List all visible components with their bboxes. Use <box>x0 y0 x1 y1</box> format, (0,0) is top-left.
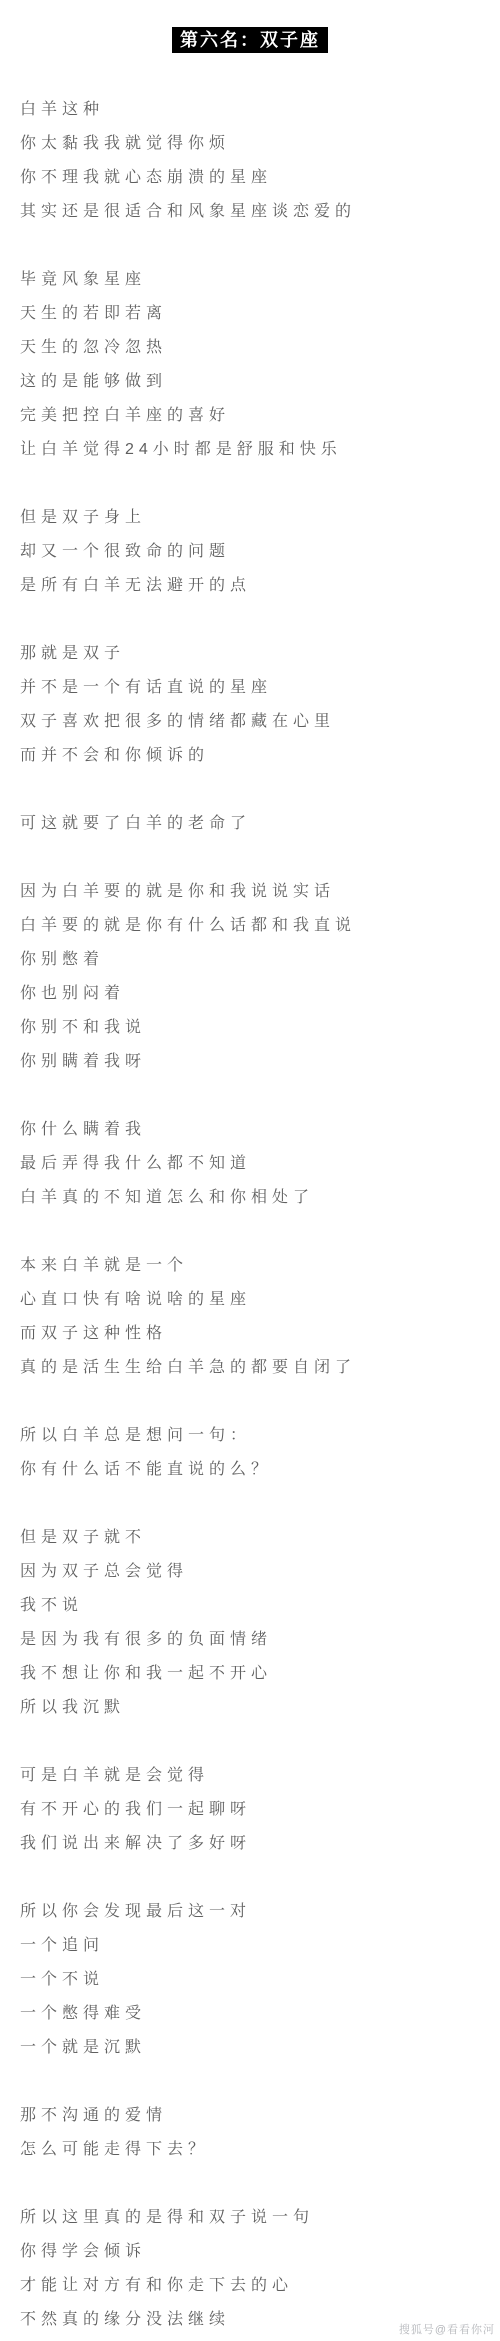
text-line: 白羊这种 <box>20 93 490 127</box>
text-line: 并不是一个有话直说的星座 <box>20 671 490 705</box>
text-line: 一个追问 <box>20 1929 490 1963</box>
paragraph: 因为白羊要的就是你和我说说实话白羊要的就是你有什么话都和我直说你别憋着你也别闷着… <box>20 875 490 1079</box>
text-line: 所以我沉默 <box>20 1691 490 1725</box>
text-line: 你得学会倾诉 <box>20 2235 490 2269</box>
text-line: 双子喜欢把很多的情绪都藏在心里 <box>20 705 490 739</box>
text-line: 那不沟通的爱情 <box>20 2099 490 2133</box>
paragraph: 可是白羊就是会觉得有不开心的我们一起聊呀我们说出来解决了多好呀 <box>20 1759 490 1861</box>
text-line: 但是双子就不 <box>20 1521 490 1555</box>
text-line: 却又一个很致命的问题 <box>20 535 490 569</box>
text-line: 你也别闷着 <box>20 977 490 1011</box>
text-line: 让白羊觉得24小时都是舒服和快乐 <box>20 433 490 467</box>
text-line: 所以你会发现最后这一对 <box>20 1895 490 1929</box>
article-body: 白羊这种你太黏我我就觉得你烦你不理我就心态崩溃的星座其实还是很适合和风象星座谈恋… <box>0 53 500 2337</box>
paragraph: 那就是双子并不是一个有话直说的星座双子喜欢把很多的情绪都藏在心里而并不会和你倾诉… <box>20 637 490 773</box>
text-line: 白羊真的不知道怎么和你相处了 <box>20 1181 490 1215</box>
text-line: 但是双子身上 <box>20 501 490 535</box>
text-line: 你有什么话不能直说的么？ <box>20 1453 490 1487</box>
text-line: 本来白羊就是一个 <box>20 1249 490 1283</box>
page-title: 第六名：双子座 <box>172 27 328 53</box>
text-line: 真的是活生生给白羊急的都要自闭了 <box>20 1351 490 1385</box>
text-line: 因为白羊要的就是你和我说说实话 <box>20 875 490 909</box>
paragraph: 所以白羊总是想问一句：你有什么话不能直说的么？ <box>20 1419 490 1487</box>
text-line: 毕竟风象星座 <box>20 263 490 297</box>
text-line: 我们说出来解决了多好呀 <box>20 1827 490 1861</box>
text-line: 你别不和我说 <box>20 1011 490 1045</box>
text-line: 怎么可能走得下去？ <box>20 2133 490 2167</box>
text-line: 可是白羊就是会觉得 <box>20 1759 490 1793</box>
text-line: 一个不说 <box>20 1963 490 1997</box>
article-page: 第六名：双子座 白羊这种你太黏我我就觉得你烦你不理我就心态崩溃的星座其实还是很适… <box>0 0 500 2341</box>
text-line: 你太黏我我就觉得你烦 <box>20 127 490 161</box>
paragraph: 所以你会发现最后这一对一个追问一个不说一个憋得难受一个就是沉默 <box>20 1895 490 2065</box>
text-line: 天生的若即若离 <box>20 297 490 331</box>
title-container: 第六名：双子座 <box>0 0 500 53</box>
text-line: 因为双子总会觉得 <box>20 1555 490 1589</box>
text-line: 那就是双子 <box>20 637 490 671</box>
text-line: 所以这里真的是得和双子说一句 <box>20 2201 490 2235</box>
text-line: 天生的忽冷忽热 <box>20 331 490 365</box>
paragraph: 所以这里真的是得和双子说一句你得学会倾诉才能让对方有和你走下去的心不然真的缘分没… <box>20 2201 490 2337</box>
paragraph: 白羊这种你太黏我我就觉得你烦你不理我就心态崩溃的星座其实还是很适合和风象星座谈恋… <box>20 93 490 229</box>
text-line: 完美把控白羊座的喜好 <box>20 399 490 433</box>
text-line: 有不开心的我们一起聊呀 <box>20 1793 490 1827</box>
text-line: 才能让对方有和你走下去的心 <box>20 2269 490 2303</box>
text-line: 这的是能够做到 <box>20 365 490 399</box>
text-line: 你不理我就心态崩溃的星座 <box>20 161 490 195</box>
paragraph: 那不沟通的爱情怎么可能走得下去？ <box>20 2099 490 2167</box>
paragraph: 毕竟风象星座天生的若即若离天生的忽冷忽热这的是能够做到完美把控白羊座的喜好让白羊… <box>20 263 490 467</box>
text-line: 一个憋得难受 <box>20 1997 490 2031</box>
paragraph: 可这就要了白羊的老命了 <box>20 807 490 841</box>
text-line: 我不想让你和我一起不开心 <box>20 1657 490 1691</box>
paragraph: 但是双子身上却又一个很致命的问题是所有白羊无法避开的点 <box>20 501 490 603</box>
text-line: 心直口快有啥说啥的星座 <box>20 1283 490 1317</box>
paragraph: 你什么瞒着我最后弄得我什么都不知道白羊真的不知道怎么和你相处了 <box>20 1113 490 1215</box>
text-line: 你什么瞒着我 <box>20 1113 490 1147</box>
watermark: 搜狐号@看看你河 <box>399 2321 495 2337</box>
text-line: 是因为我有很多的负面情绪 <box>20 1623 490 1657</box>
text-line: 所以白羊总是想问一句： <box>20 1419 490 1453</box>
text-line: 是所有白羊无法避开的点 <box>20 569 490 603</box>
text-line: 而双子这种性格 <box>20 1317 490 1351</box>
text-line: 其实还是很适合和风象星座谈恋爱的 <box>20 195 490 229</box>
text-line: 你别瞒着我呀 <box>20 1045 490 1079</box>
text-line: 可这就要了白羊的老命了 <box>20 807 490 841</box>
text-line: 最后弄得我什么都不知道 <box>20 1147 490 1181</box>
text-line: 白羊要的就是你有什么话都和我直说 <box>20 909 490 943</box>
text-line: 你别憋着 <box>20 943 490 977</box>
paragraph: 但是双子就不因为双子总会觉得我不说是因为我有很多的负面情绪我不想让你和我一起不开… <box>20 1521 490 1725</box>
text-line: 一个就是沉默 <box>20 2031 490 2065</box>
paragraph: 本来白羊就是一个心直口快有啥说啥的星座而双子这种性格真的是活生生给白羊急的都要自… <box>20 1249 490 1385</box>
text-line: 我不说 <box>20 1589 490 1623</box>
text-line: 而并不会和你倾诉的 <box>20 739 490 773</box>
